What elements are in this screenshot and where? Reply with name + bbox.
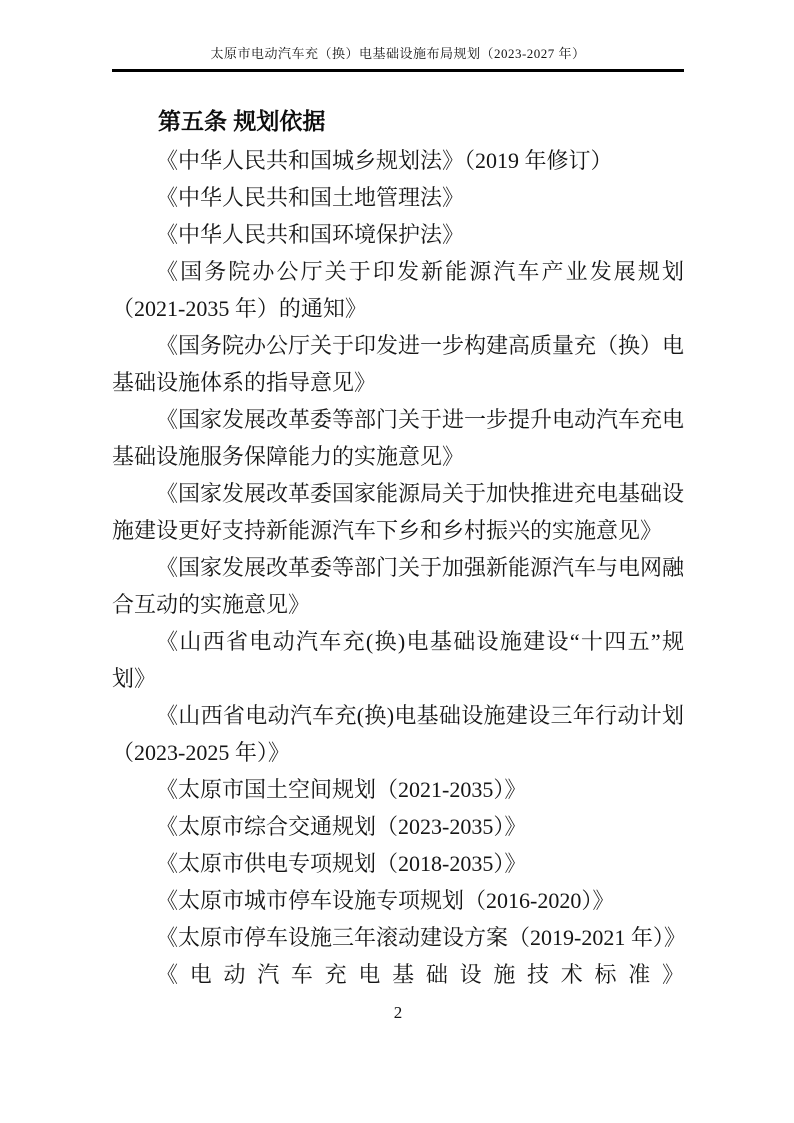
reference-item: 《电动汽车充电基础设施技术标准》 xyxy=(112,956,684,993)
reference-item: 《国务院办公厅关于印发进一步构建高质量充（换）电基础设施体系的指导意见》 xyxy=(112,327,684,401)
reference-item: 《国务院办公厅关于印发新能源汽车产业发展规划（2021-2035 年）的通知》 xyxy=(112,253,684,327)
reference-item: 《国家发展改革委等部门关于进一步提升电动汽车充电基础设施服务保障能力的实施意见》 xyxy=(112,401,684,475)
section-heading: 第五条 规划依据 xyxy=(112,105,684,137)
reference-item: 《太原市城市停车设施专项规划（2016-2020）》 xyxy=(112,882,684,919)
reference-item: 《太原市供电专项规划（2018-2035）》 xyxy=(112,845,684,882)
reference-item: 《中华人民共和国环境保护法》 xyxy=(112,216,684,253)
header-title: 太原市电动汽车充（换）电基础设施布局规划（2023-2027 年） xyxy=(112,45,684,69)
reference-item: 《太原市综合交通规划（2023-2035）》 xyxy=(112,808,684,845)
page-header: 太原市电动汽车充（换）电基础设施布局规划（2023-2027 年） xyxy=(112,0,684,72)
reference-item: 《山西省电动汽车充(换)电基础设施建设“十四五”规划》 xyxy=(112,623,684,697)
document-body: 第五条 规划依据 《中华人民共和国城乡规划法》（2019 年修订） 《中华人民共… xyxy=(112,105,684,1024)
reference-item: 《太原市停车设施三年滚动建设方案（2019-2021 年）》 xyxy=(112,919,684,956)
document-page: 太原市电动汽车充（换）电基础设施布局规划（2023-2027 年） 第五条 规划… xyxy=(0,0,794,1123)
reference-item: 《太原市国土空间规划（2021-2035）》 xyxy=(112,771,684,808)
reference-item: 《国家发展改革委等部门关于加强新能源汽车与电网融合互动的实施意见》 xyxy=(112,549,684,623)
reference-item: 《中华人民共和国土地管理法》 xyxy=(112,179,684,216)
reference-item: 《山西省电动汽车充(换)电基础设施建设三年行动计划（2023-2025 年）》 xyxy=(112,697,684,771)
reference-item: 《国家发展改革委国家能源局关于加快推进充电基础设施建设更好支持新能源汽车下乡和乡… xyxy=(112,475,684,549)
reference-item: 《中华人民共和国城乡规划法》（2019 年修订） xyxy=(112,142,684,179)
page-number: 2 xyxy=(112,1002,684,1024)
